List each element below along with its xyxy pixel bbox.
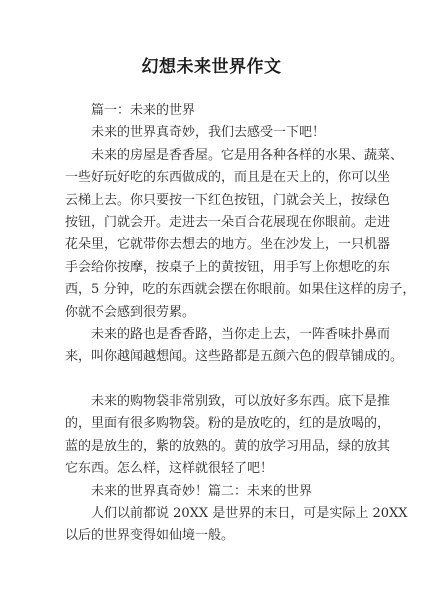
paragraph-gap	[65, 369, 357, 391]
text-line: 未来的路也是香香路，当你走上去，一阵香味扑鼻而	[65, 324, 357, 346]
text-line: 手会给你按摩，按桌子上的黄按钮，用手写上你想吃的东	[65, 257, 357, 279]
text-line: 未来的世界真奇妙！篇二：未来的世界	[65, 481, 357, 503]
text-line: 未来的购物袋非常别致，可以放好多东西。底下是推	[65, 391, 357, 413]
text-line: 未来的世界真奇妙，我们去感受一下吧！	[65, 122, 357, 144]
document-title: 幻想未来世界作文	[0, 52, 423, 77]
text-line: 它东西。怎么样，这样就很轻了吧！	[65, 458, 357, 480]
text-line: 蓝的是放生的，紫的放熟的。黄的放学习用品，绿的放其	[65, 436, 357, 458]
text-line: 西，5 分钟，吃的东西就会摆在你眼前。如果住这样的房子，	[65, 279, 357, 301]
text-line: 来，叫你越闻越想闻。这些路都是五颜六色的假草铺成的。	[65, 346, 357, 368]
document-body: 篇一：未来的世界 未来的世界真奇妙，我们去感受一下吧！ 未来的房屋是香香屋。它是…	[65, 100, 357, 548]
text-line: 云梯上去。你只要按一下红色按钮，门就会关上，按绿色	[65, 190, 357, 212]
text-line: 人们以前都说 20XX 是世界的末日，可是实际上 20XX	[65, 503, 357, 525]
text-line: 未来的房屋是香香屋。它是用各种各样的水果、蔬菜、	[65, 145, 357, 167]
text-line: 花朵里，它就带你去想去的地方。坐在沙发上，一只机器	[65, 234, 357, 256]
text-line: 按钮，门就会开。走进去一朵百合花展现在你眼前。走进	[65, 212, 357, 234]
text-line: 的，里面有很多购物袋。粉的是放吃的，红的是放喝的，	[65, 413, 357, 435]
document-page: 幻想未来世界作文 篇一：未来的世界 未来的世界真奇妙，我们去感受一下吧！ 未来的…	[0, 0, 423, 600]
text-line: 你就不会感到很劳累。	[65, 302, 357, 324]
text-line: 篇一：未来的世界	[65, 100, 357, 122]
text-line: 以后的世界变得如仙境一般。	[65, 525, 357, 547]
text-line: 一些好玩好吃的东西做成的，而且是在天上的，你可以坐	[65, 167, 357, 189]
